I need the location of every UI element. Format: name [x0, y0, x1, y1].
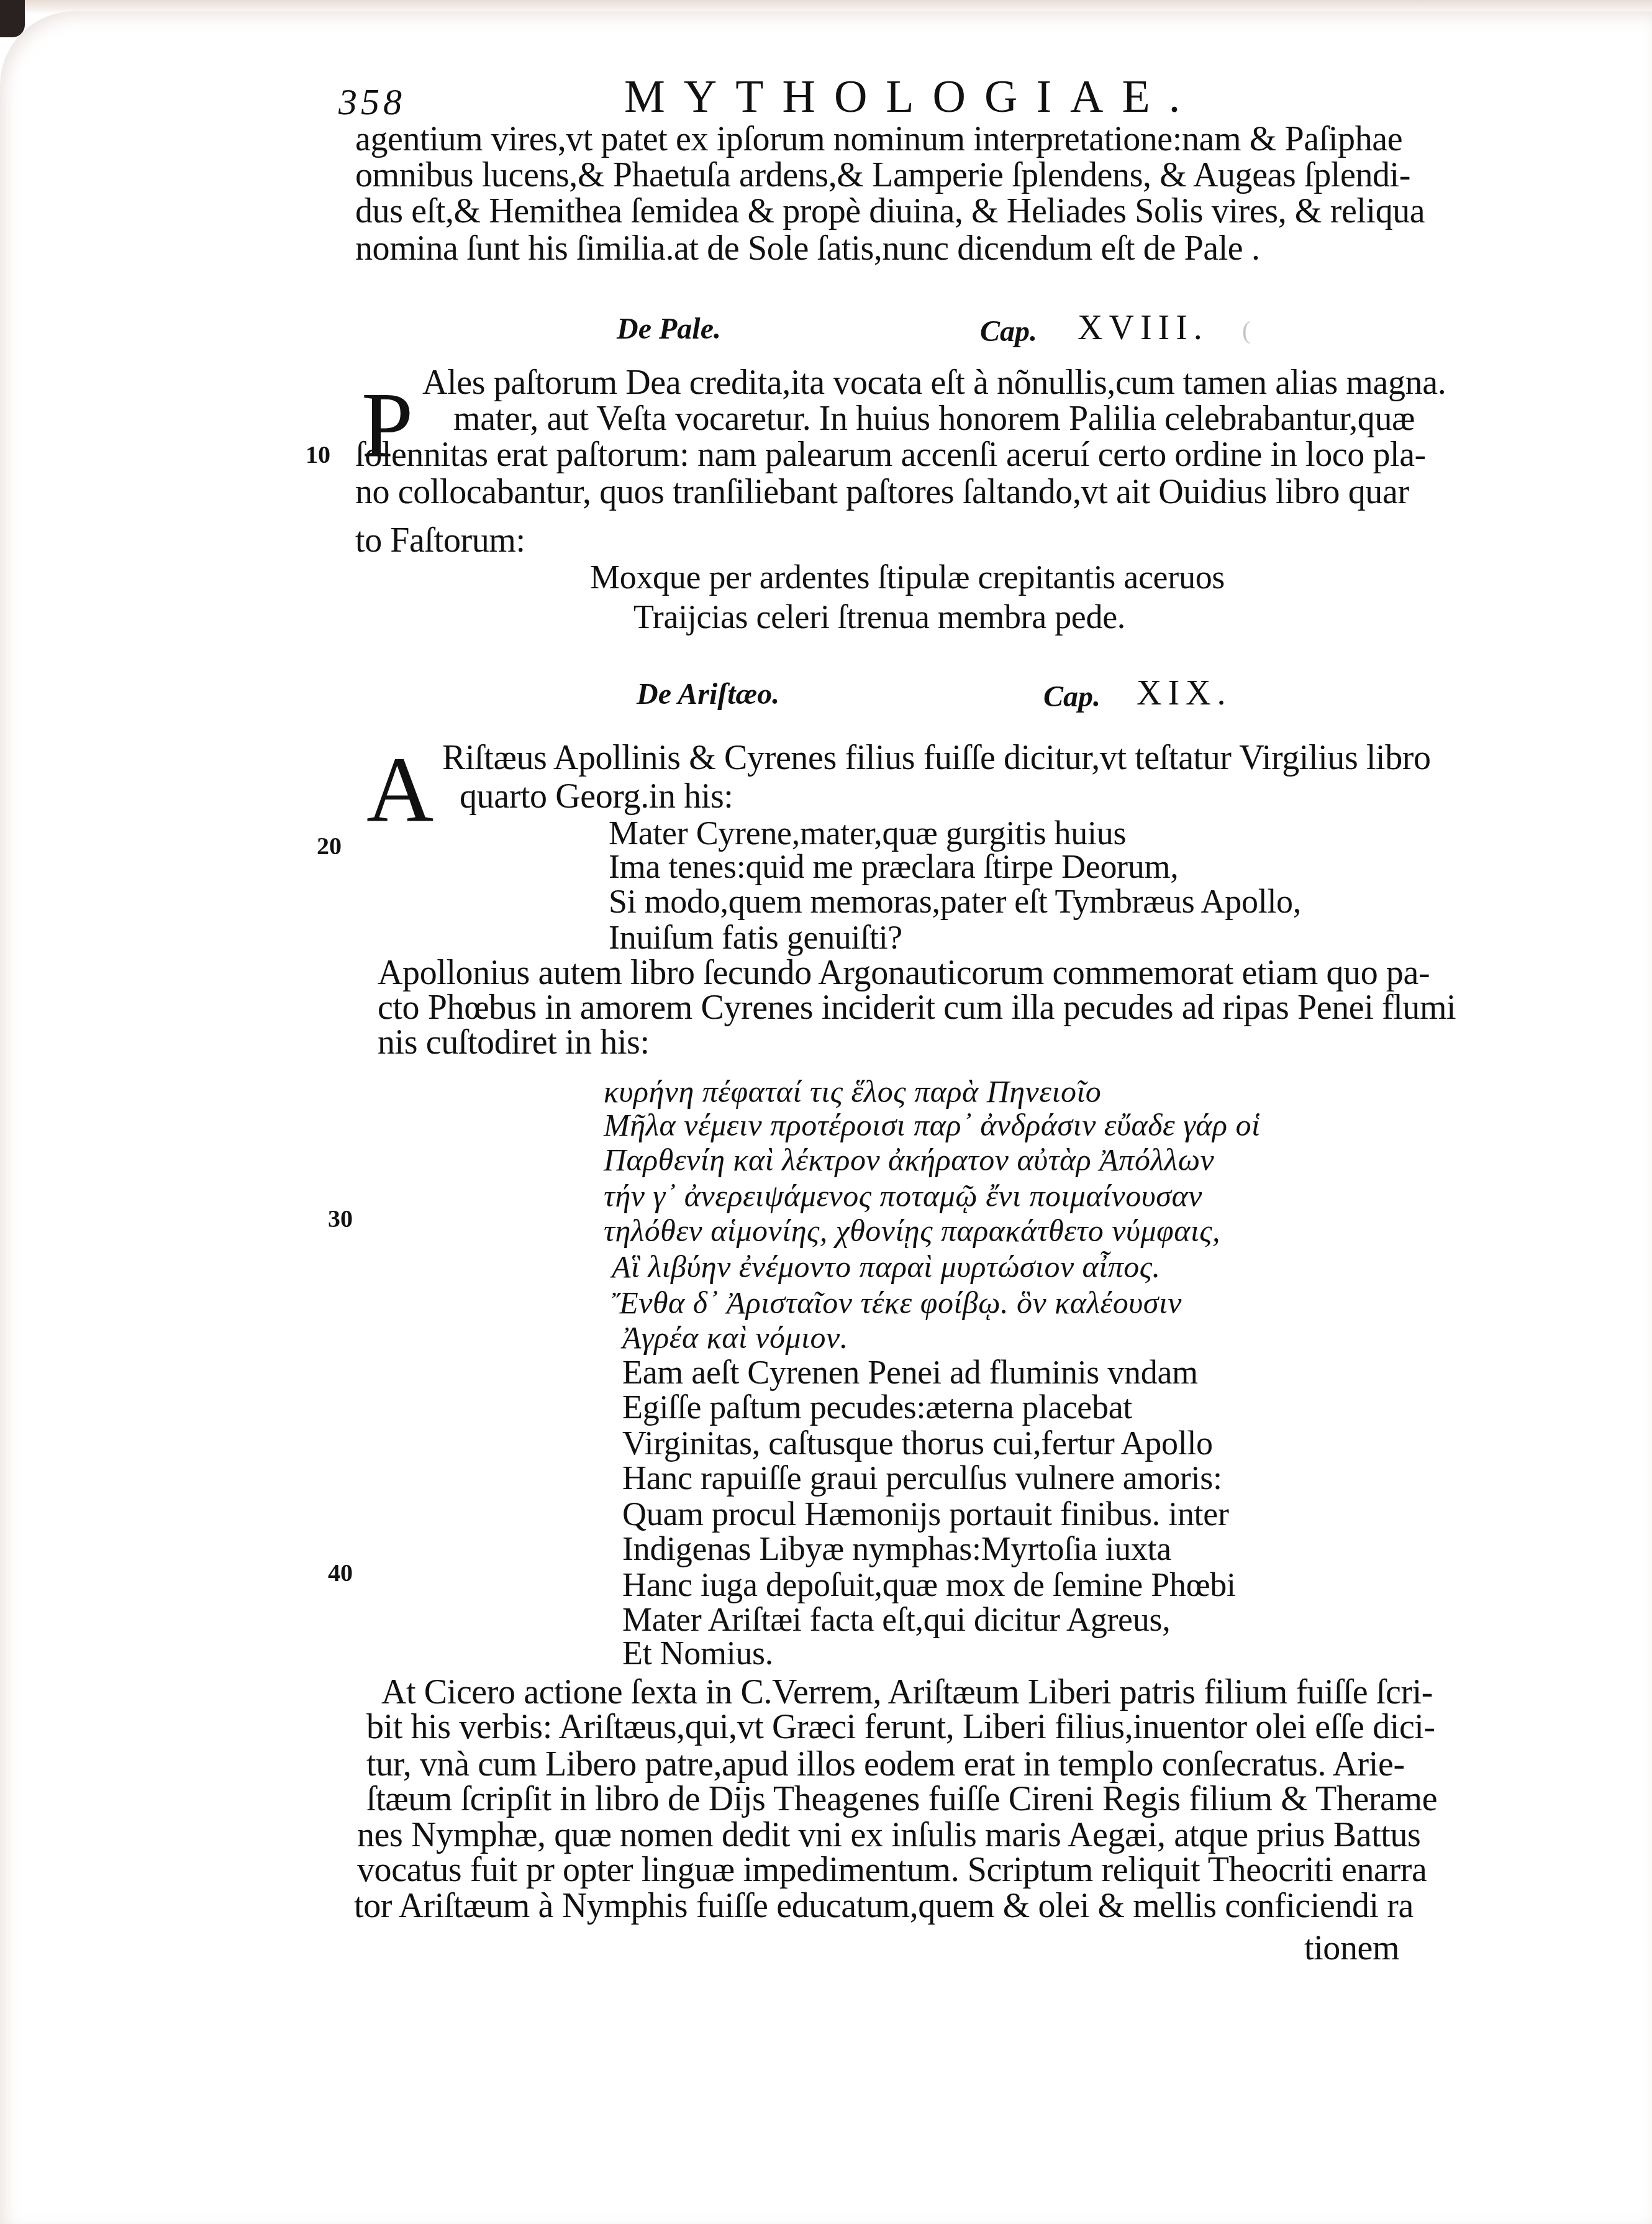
- greek-verse-line: τηλόθεν αἱμονίης, χθονίῃς παρακάτθετο νύ…: [604, 1213, 1220, 1249]
- text-line: nes Nymphæ, quæ nomen dedit vni ex inſul…: [357, 1815, 1421, 1855]
- greek-verse-line: Ἀγρέα καὶ νόμιον.: [622, 1319, 848, 1356]
- margin-line-number: 40: [328, 1558, 353, 1587]
- drop-cap: A: [366, 743, 433, 836]
- verse-line: Si modo,quem memoras,pater eſt Tymbræus …: [609, 882, 1301, 921]
- verse-line: Eam aeſt Cyrenen Penei ad fluminis vndam: [622, 1353, 1198, 1392]
- text-line: agentium vires,vt patet ex ipſorum nomin…: [355, 119, 1402, 159]
- text-line: bit his verbis: Ariſtæus,qui,vt Græci fe…: [366, 1707, 1435, 1747]
- chapter-cap-label: Cap.: [980, 314, 1037, 349]
- book-page: 358 MYTHOLOGIAE. agentium vires,vt patet…: [0, 11, 1652, 2224]
- greek-verse-line: τήν γ᾽ ἀνερειψάμενος ποταμῷ ἔνι ποιμαίνο…: [604, 1178, 1202, 1214]
- verse-line: Traijcias celeri ſtrenua membra pede.: [633, 598, 1125, 636]
- page-number: 358: [338, 81, 406, 124]
- margin-line-number: 20: [317, 831, 342, 860]
- verse-line: Mater Ariſtæi facta eſt,qui dicitur Agre…: [622, 1600, 1170, 1639]
- text-line: Apollonius autem libro ſecundo Argonauti…: [378, 953, 1430, 993]
- text-line: dus eſt,& Hemithea ſemidea & propè diuin…: [355, 191, 1425, 231]
- verse-line: Hanc iuga depoſuit,quæ mox de ſemine Phœ…: [622, 1565, 1236, 1604]
- scan-dark-corner: [0, 0, 25, 37]
- margin-line-number: 30: [328, 1204, 353, 1233]
- greek-verse-line: κυρήνη πέφαταί τις ἕλος παρὰ Πηνειοῖο: [604, 1073, 1101, 1110]
- bleed-through-mark: (: [1242, 316, 1250, 345]
- verse-line: Ima tenes:quid me præclara ſtirpe Deorum…: [609, 847, 1178, 886]
- verse-line: Virginitas, caſtusque thorus cui,fertur …: [622, 1424, 1213, 1462]
- text-line: quarto Georg.in his:: [460, 777, 733, 816]
- verse-line: Et Nomius.: [622, 1634, 773, 1672]
- verse-line: Inuiſum fatis genuiſti?: [609, 918, 902, 957]
- text-line: Riſtæus Apollinis & Cyrenes filius fuiſſ…: [442, 738, 1431, 778]
- greek-verse-line: Αἳ λιβύην ἐνέμοντο παραὶ μυρτώσιον αἶπος…: [612, 1249, 1161, 1285]
- text-line: tor Ariſtæum à Nymphis fuiſſe educatum,q…: [354, 1886, 1414, 1926]
- verse-line: Moxque per ardentes ſtipulæ crepitantis …: [590, 558, 1225, 596]
- chapter-title: De Pale.: [617, 312, 721, 346]
- verse-line: Egiſſe paſtum pecudes:æterna placebat: [622, 1388, 1132, 1426]
- margin-line-number: 10: [306, 440, 330, 469]
- text-line: nomina ſunt his ſimilia.at de Sole ſatis…: [355, 229, 1260, 268]
- text-line: cto Phœbus in amorem Cyrenes inciderit c…: [378, 988, 1456, 1028]
- chapter-cap-label: Cap.: [1043, 680, 1101, 714]
- greek-verse-line: Παρθενίη καὶ λέκτρον ἀκήρατον αὐτὰρ Ἀπόλ…: [604, 1142, 1214, 1178]
- verse-line: Indigenas Libyæ nymphas:Myrtoſia iuxta: [622, 1529, 1171, 1568]
- text-line: Ales paſtorum Dea credita,ita vocata eſt…: [422, 363, 1446, 403]
- catchword: tionem: [1304, 1928, 1399, 1968]
- chapter-title: De Ariſtæo.: [637, 677, 779, 711]
- running-head: MYTHOLOGIAE.: [624, 71, 1199, 124]
- text-line: ſtæum ſcripſit in libro de Dijs Theagene…: [366, 1779, 1437, 1819]
- text-line: ſolennitas erat paſtorum: nam palearum a…: [355, 435, 1426, 475]
- text-line: nis cuſtodiret in his:: [378, 1023, 650, 1062]
- verse-line: Quam procul Hæmonijs portauit finibus. i…: [622, 1495, 1229, 1533]
- text-line: vocatus fuit pr opter linguæ impedimentu…: [357, 1850, 1427, 1890]
- verse-line: Hanc rapuiſſe graui perculſus vulnere am…: [622, 1459, 1222, 1497]
- verse-line: Mater Cyrene,mater,quæ gurgitis huius: [609, 814, 1126, 852]
- text-line: mater, aut Veſta vocaretur. In huius hon…: [453, 399, 1415, 439]
- greek-verse-line: Ἔνθα δ᾽ Ἀρισταῖον τέκε φοίβῳ. ὃν καλέουσ…: [612, 1285, 1182, 1321]
- chapter-number: XIX.: [1137, 673, 1232, 713]
- text-line: At Cicero actione ſexta in C.Verrem, Ari…: [381, 1672, 1433, 1712]
- text-line: tur, vnà cum Libero patre,apud illos eod…: [366, 1744, 1405, 1784]
- text-line: omnibus lucens,& Phaetuſa ardens,& Lampe…: [355, 155, 1410, 195]
- text-line: to Faſtorum:: [355, 521, 525, 560]
- text-line: no collocabantur, quos tranſiliebant paſ…: [355, 472, 1409, 512]
- chapter-number: XVIII.: [1078, 308, 1209, 348]
- greek-verse-line: Μῆλα νέμειν προτέροισι παρ᾽ ἀνδράσιν εὔα…: [604, 1107, 1261, 1143]
